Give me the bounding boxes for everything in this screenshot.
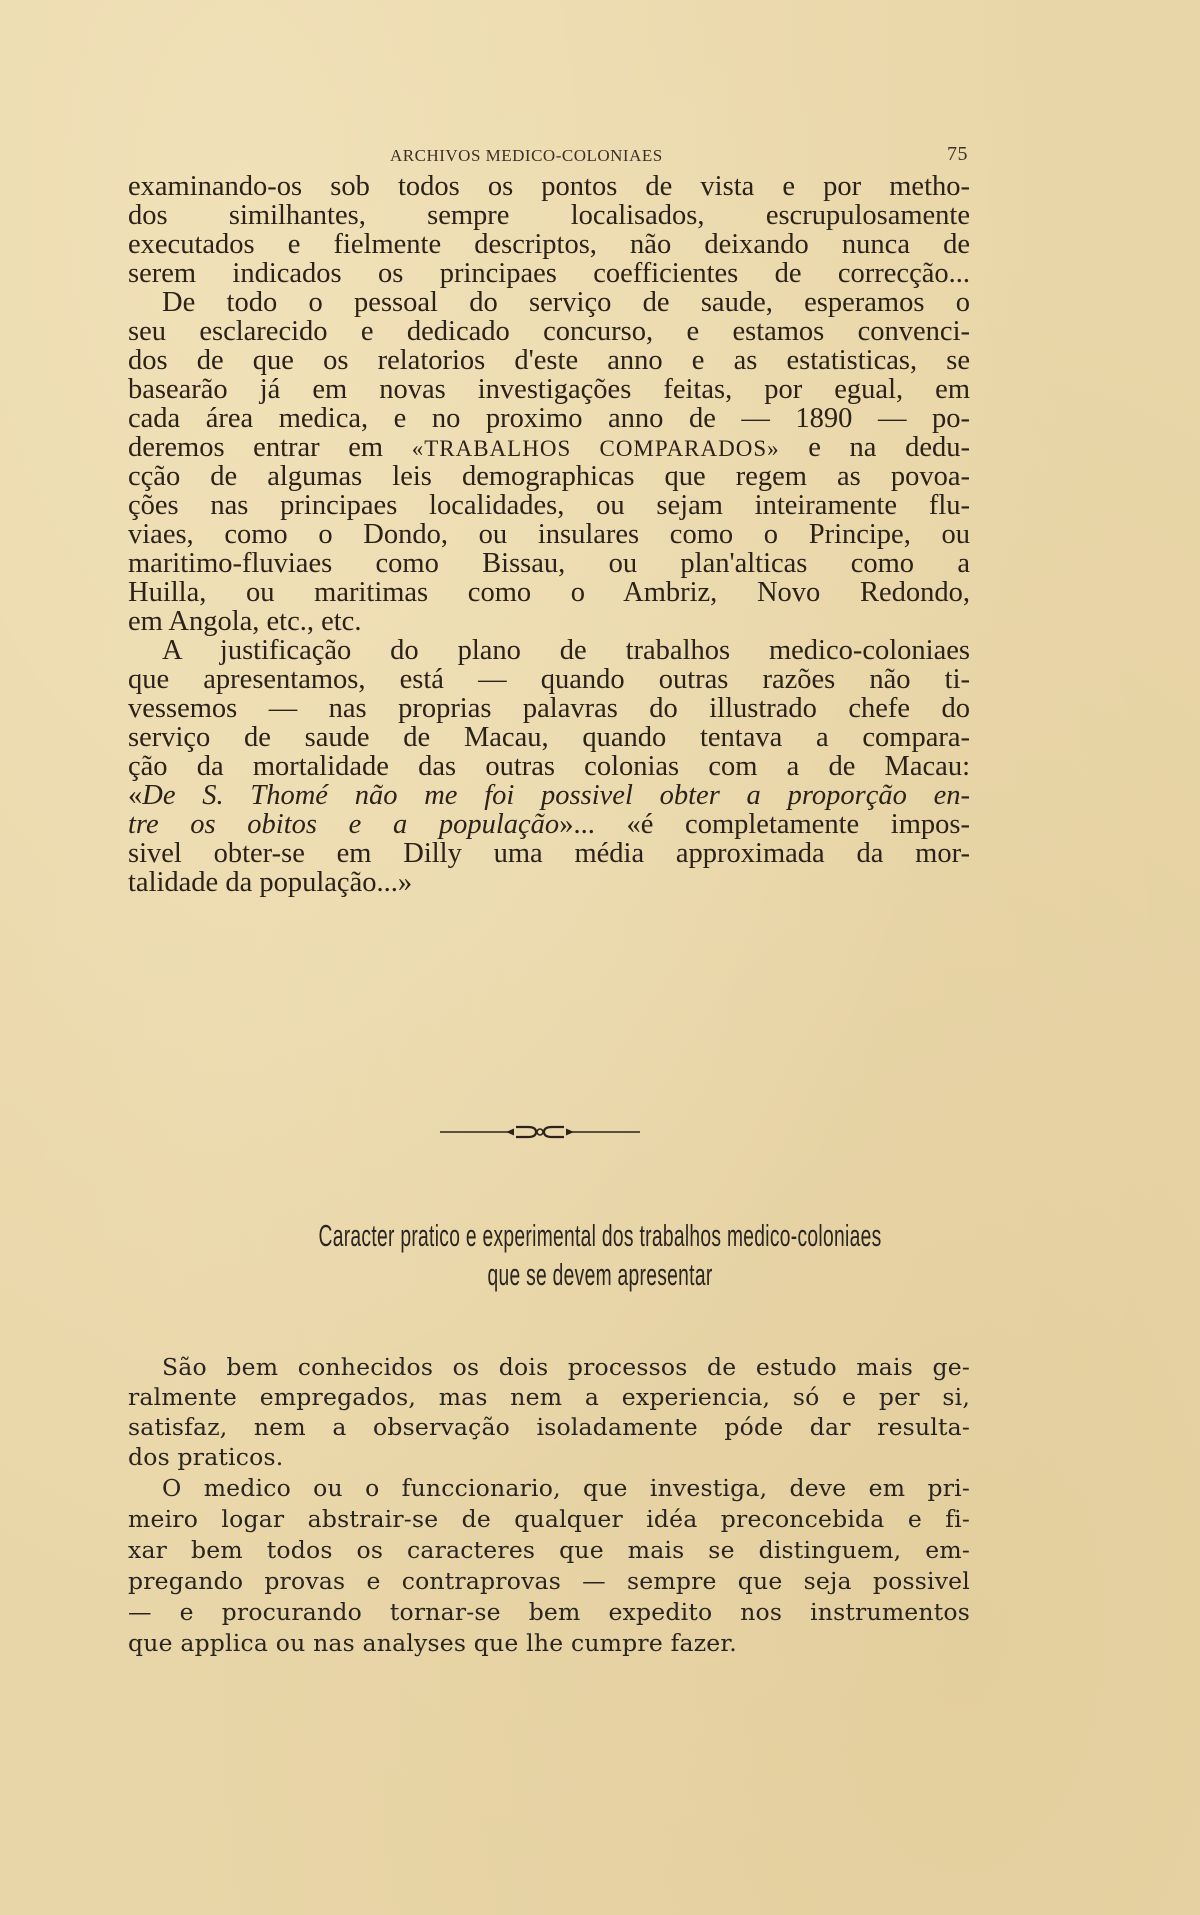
text-line: serem indicados os principaes coefficien… [128,259,970,289]
text-line: cada área medica, e no proximo anno de —… [128,404,970,434]
text-line: dos similhantes, sempre localisados, esc… [128,201,970,231]
small-caps-title: «TRABALHOS COMPARADOS» [412,436,780,461]
text-line: executados e fielmente descriptos, não d… [128,230,970,260]
text-line: ções nas principaes localidades, ou seja… [128,491,970,521]
text-segment: »... «é completamente impos- [559,809,970,840]
text-line: — e procurando tornar-se bem expedito no… [128,1597,970,1627]
text-line: em Angola, etc., etc. [128,607,970,637]
running-head-title: ARCHIVOS MEDICO-COLONIAES [390,146,663,166]
text-segment: deremos entrar em [128,432,412,463]
text-line: viaes, como o Dondo, ou insulares como o… [128,520,970,550]
text-line: cção de algumas leis demographicas que r… [128,462,970,492]
text-line: sivel obter-se em Dilly uma média approx… [128,839,970,869]
text-line: basearão já em novas investigações feita… [128,375,970,405]
text-line: tre os obitos e a população»... «é compl… [128,810,970,840]
ornament-divider-icon [440,1120,640,1144]
text-line: dos praticos. [128,1442,970,1472]
text-line: A justificação do plano de trabalhos med… [128,636,970,666]
text-line: meiro logar abstrair-se de qualquer idéa… [128,1504,970,1534]
text-line: ção da mortalidade das outras colonias c… [128,752,970,782]
text-line: examinando-os sob todos os pontos de vis… [128,172,970,202]
text-line: pregando provas e contraprovas — sempre … [128,1566,970,1596]
text-segment: e na dedu- [780,432,970,463]
text-line: vessemos — nas proprias palavras do illu… [128,694,970,724]
text-line: Huilla, ou maritimas como o Ambriz, Novo… [128,578,970,608]
text-line: São bem conhecidos os dois processos de … [128,1352,970,1382]
text-line: «De S. Thomé não me foi possivel obter a… [128,781,970,811]
text-line: O medico ou o funccionario, que investig… [128,1473,970,1503]
section-heading-line-1: Caracter pratico e experimental dos trab… [228,1218,972,1254]
text-segment: « [128,780,142,811]
book-page: ARCHIVOS MEDICO-COLONIAES 75 examinando-… [0,0,1200,1915]
text-line: seu esclarecido e dedicado concurso, e e… [128,317,970,347]
text-line: maritimo-fluviaes como Bissau, ou plan'a… [128,549,970,579]
text-line: deremos entrar em «TRABALHOS COMPARADOS»… [128,433,970,463]
text-line: satisfaz, nem a observação isoladamente … [128,1412,970,1442]
text-line: xar bem todos os caracteres que mais se … [128,1535,970,1565]
page-number: 75 [947,143,968,166]
text-line: que applica ou nas analyses que lhe cump… [128,1628,970,1658]
text-line: ralmente empregados, mas nem a experienc… [128,1382,970,1412]
text-line: que apresentamos, está — quando outras r… [128,665,970,695]
section-heading-line-2: que se devem apresentar [228,1257,972,1293]
italic-quote: tre os obitos e a população [128,809,559,840]
text-line: dos de que os relatorios d'este anno e a… [128,346,970,376]
text-line: talidade da população...» [128,868,970,898]
text-line: De todo o pessoal do serviço de saude, e… [128,288,970,318]
text-line: serviço de saude de Macau, quando tentav… [128,723,970,753]
italic-quote: De S. Thomé não me foi possivel obter a … [142,780,970,811]
